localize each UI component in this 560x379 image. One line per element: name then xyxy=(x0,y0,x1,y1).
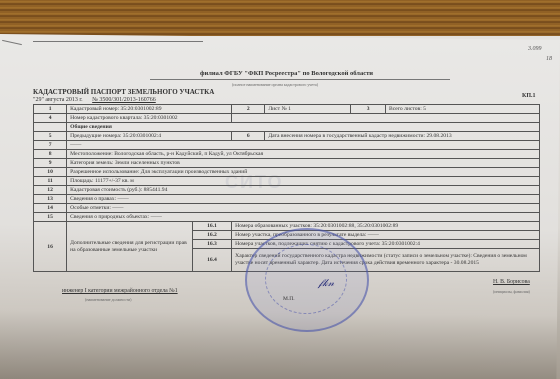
row-number: 3 xyxy=(351,105,386,114)
table-row: 13 Сведения о правах: —— xyxy=(34,195,540,204)
row-number: 13 xyxy=(34,195,67,204)
signer-position: инженер I категории межрайонного отдела … xyxy=(62,288,178,294)
table-row: 8 Местоположение: Вологодская область, р… xyxy=(34,150,540,159)
row-number: 12 xyxy=(34,186,67,195)
special-notes: Особые отметки: —— xyxy=(67,204,540,213)
table-row: 16 Дополнительные сведения для регистрац… xyxy=(34,222,540,231)
row-number: 14 xyxy=(34,204,67,213)
land-category: Категория земель: Земли населенных пункт… xyxy=(67,159,540,168)
location: Местоположение: Вологодская область, р-н… xyxy=(67,150,540,159)
registration-date: Дата внесения номера в государственный к… xyxy=(265,132,540,141)
cadastral-value: Кадастровая стоимость (руб.): 885441.94 xyxy=(67,186,540,195)
table-row: 15 Сведения о природных объектах: —— xyxy=(34,213,540,222)
header-rule xyxy=(33,41,203,42)
document-date: "29" августа 2013 г. xyxy=(33,97,83,103)
handwritten-note-1: 3.099 xyxy=(528,46,542,52)
row-number: 6 xyxy=(232,132,265,141)
row-number: 1 xyxy=(34,105,67,114)
signature: 𝒻𝓀𝓃 xyxy=(318,278,334,289)
table-row: 11 Площадь: 11177+/-37 кв. м xyxy=(34,177,540,186)
previous-numbers: Предыдущие номера: 35:20:0301002:4 xyxy=(67,132,232,141)
document-title: КАДАСТРОВЫЙ ПАСПОРТ ЗЕМЕЛЬНОГО УЧАСТКА xyxy=(33,88,214,96)
sheet-number: Лист № 1 xyxy=(265,105,351,114)
total-sheets: Всего листов: 5 xyxy=(386,105,540,114)
section-heading: Общие сведения xyxy=(67,123,540,132)
permitted-use: Разрешенное использование: Для эксплуата… xyxy=(67,168,540,177)
row-number: 15 xyxy=(34,213,67,222)
wooden-table-background xyxy=(0,0,560,36)
row-number: 8 xyxy=(34,150,67,159)
empty-cell xyxy=(34,123,67,132)
empty-cell xyxy=(232,114,540,123)
form-code: КП.1 xyxy=(522,93,536,99)
row-7-value: —— xyxy=(67,141,540,150)
issuer-rule xyxy=(150,79,450,80)
row-number: 9 xyxy=(34,159,67,168)
document-date-line: "29" августа 2013 г. № 3500/301/2013-160… xyxy=(33,97,164,103)
table-row: 12 Кадастровая стоимость (руб.): 885441.… xyxy=(34,186,540,195)
row-number: 4 xyxy=(34,114,67,123)
quarter-number: Номер кадастрового квартала: 35:20:03010… xyxy=(67,114,232,123)
cadastral-number: Кадастровый номер: 35:20:0301002:89 xyxy=(67,105,232,114)
stamp-emblem xyxy=(265,244,347,314)
table-row: 10 Разрешенное использование: Для эксплу… xyxy=(34,168,540,177)
issuer-name: филиал ФГБУ "ФКП Росреестра" по Вологодс… xyxy=(200,70,373,77)
row-number: 11 xyxy=(34,177,67,186)
table-row: 4 Номер кадастрового квартала: 35:20:030… xyxy=(34,114,540,123)
document-number: № 3500/301/2013-160766 xyxy=(92,97,156,103)
row-number: 7 xyxy=(34,141,67,150)
table-row: 14 Особые отметки: —— xyxy=(34,204,540,213)
official-stamp xyxy=(245,228,369,332)
table-row: 5 Предыдущие номера: 35:20:0301002:4 6 Д… xyxy=(34,132,540,141)
natural-objects: Сведения о природных объектах: —— xyxy=(67,213,540,222)
sub-row-number: 16.1 xyxy=(192,222,231,231)
signer-caption: (инициалы, фамилия) xyxy=(493,289,530,294)
table-row: 1 Кадастровый номер: 35:20:0301002:89 2 … xyxy=(34,105,540,114)
handwritten-note-2: 18 xyxy=(546,56,552,62)
table-row: 9 Категория земель: Земли населенных пун… xyxy=(34,159,540,168)
position-caption: (наименование должности) xyxy=(85,297,131,302)
rights-info: Сведения о правах: —— xyxy=(67,195,540,204)
table-row: 7 —— xyxy=(34,141,540,150)
issuer-caption: (полное наименование органа кадастрового… xyxy=(232,82,318,87)
table-row: Общие сведения xyxy=(34,123,540,132)
row-number: 10 xyxy=(34,168,67,177)
sub-row-number: 16.3 xyxy=(192,240,231,249)
row-number: 5 xyxy=(34,132,67,141)
row-number: 16 xyxy=(34,222,67,272)
sub-row-number: 16.2 xyxy=(192,231,231,240)
row-number: 2 xyxy=(232,105,265,114)
stamp-place-label: М.П. xyxy=(283,296,295,302)
sub-row-number: 16.4 xyxy=(192,249,231,272)
formed-plots: Номера образованных участков: 35:20:0301… xyxy=(232,222,540,231)
signer-name: Н. В. Борисова xyxy=(493,279,530,285)
additional-info-label: Дополнительные сведения для регистрации … xyxy=(67,222,193,272)
area: Площадь: 11177+/-37 кв. м xyxy=(67,177,540,186)
